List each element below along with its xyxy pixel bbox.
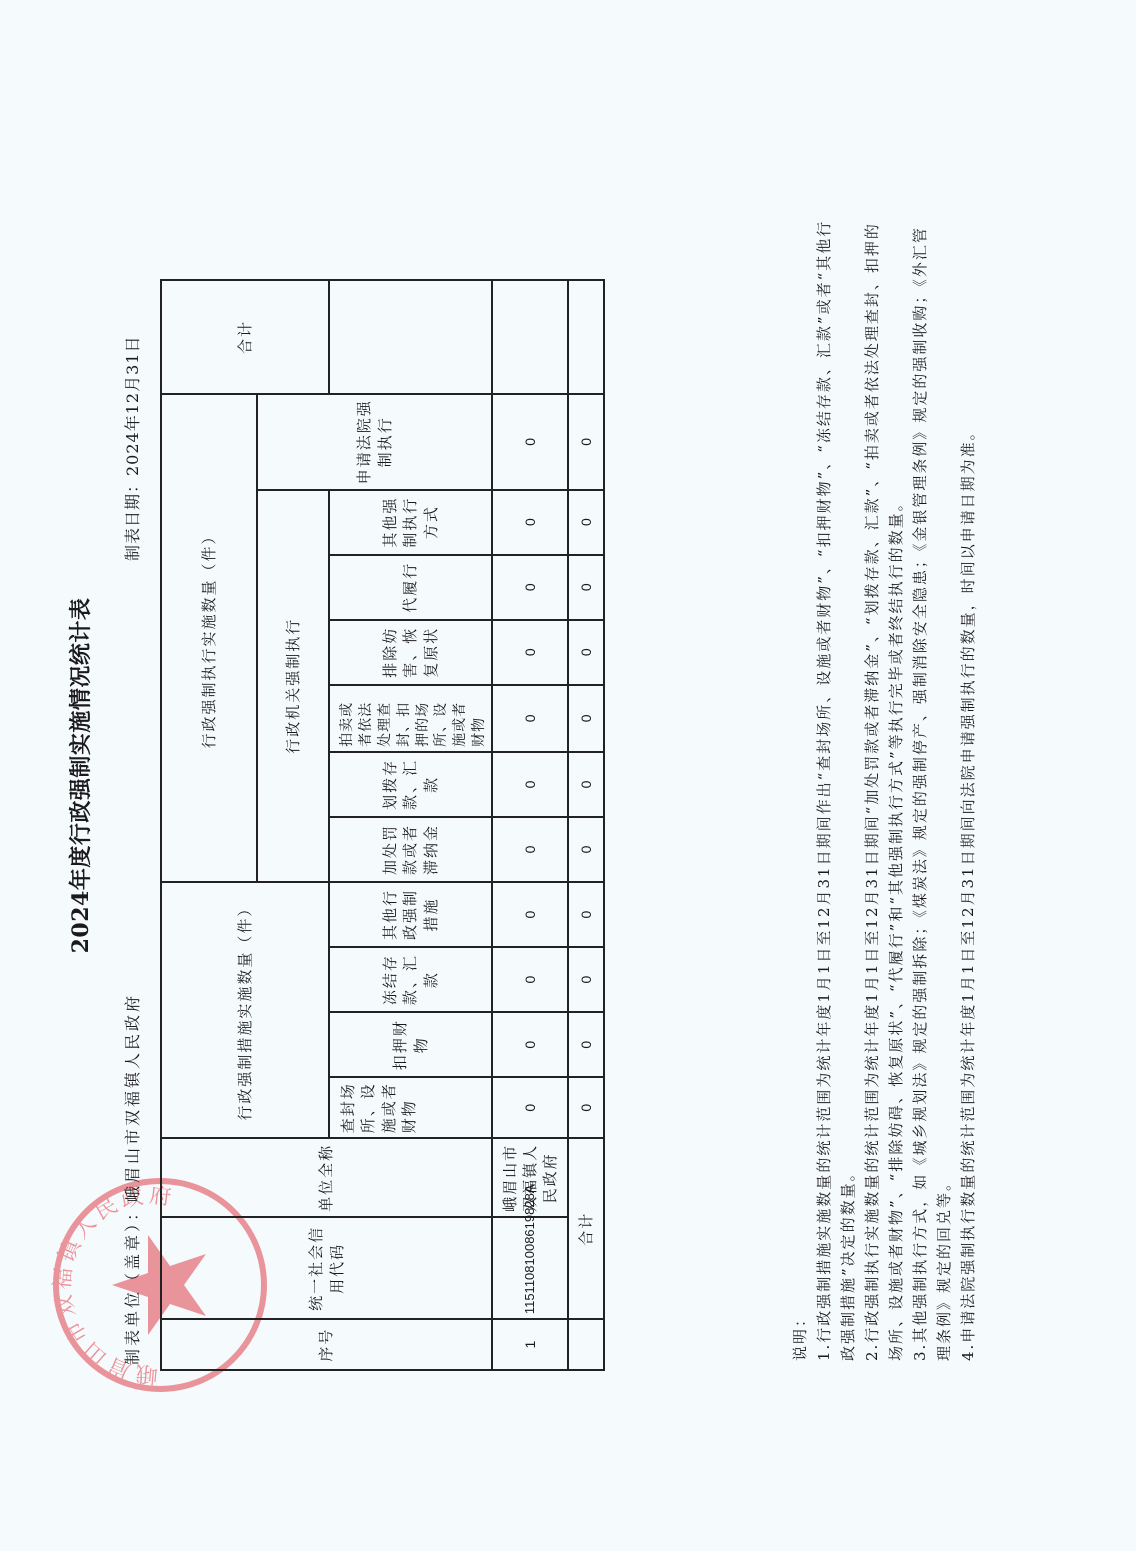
header-blank [329,280,492,394]
reporting-unit: 制表单位（盖章）：峨眉山市双福镇人民政府 [120,993,143,1365]
note-item: 2.行政强制执行实施数量的统计范围为统计年度1月1日至12月31日期间“加处罚款… [860,211,908,1361]
total-value: 0 [568,685,604,752]
row-value: 0 [492,1077,568,1138]
total-value: 0 [568,882,604,947]
total-value: 0 [568,555,604,620]
header-agency-remove: 排除妨害、恢复原状 [329,620,492,685]
row-value: 0 [492,817,568,882]
row-value: 0 [492,685,568,752]
header-agency-auction: 拍卖或者依法处理查封、扣押的场所、设施或者财物 [329,685,492,752]
note-item: 1.行政强制措施实施数量的统计范围为统计年度1月1日至12月31日期间作出“查封… [812,211,860,1361]
row-value: 0 [492,947,568,1012]
row-credit-code: 11511081008619828A [492,1218,568,1320]
total-value: 0 [568,620,604,685]
header-credit-code: 统一社会信用代码 [161,1218,492,1320]
row-value: 0 [492,394,568,490]
row-value: 0 [492,1012,568,1077]
total-value: 0 [568,490,604,555]
header-agency-transfer: 划拨存款、汇款 [329,752,492,817]
total-row-total [568,280,604,394]
header-unit-name: 单位全称 [161,1138,492,1217]
header-measures-group: 行政强制措施实施数量（件） [161,882,329,1138]
total-row-label: 合计 [568,1138,604,1319]
total-value: 0 [568,752,604,817]
row-value: 0 [492,882,568,947]
row-value: 0 [492,620,568,685]
header-agency-execution: 行政机关强制执行 [257,490,329,882]
row-value: 0 [492,555,568,620]
header-measure-seize: 扣押财物 [329,1012,492,1077]
row-unit-name: 峨眉山市双福镇人民政府 [492,1138,568,1217]
report-date: 制表日期：2024年12月31日 [120,336,143,561]
row-value: 0 [492,490,568,555]
document-page: 峨眉山市双福镇人民政府 2024年度行政强制实施情况统计表 制表单位（盖章）：峨… [0,0,1136,1551]
header-court-execution: 申请法院强制执行 [257,394,492,490]
notes-section: 说明： 1.行政强制措施实施数量的统计范围为统计年度1月1日至12月31日期间作… [788,211,980,1361]
total-value: 0 [568,1077,604,1138]
note-item: 4.申请法院强制执行数量的统计范围为统计年度1月1日至12月31日期间向法院申请… [956,211,980,1361]
document-title: 2024年度行政强制实施情况统计表 [64,0,95,1551]
total-row-blank [568,1319,604,1370]
row-total [492,280,568,394]
notes-heading: 说明： [788,211,812,1361]
total-value: 0 [568,1012,604,1077]
header-measure-other: 其他行政强制措施 [329,882,492,947]
header-agency-other: 其他强制执行方式 [329,490,492,555]
header-total: 合计 [161,280,329,394]
header-measure-seal: 查封场所、设施或者财物 [329,1077,492,1138]
total-value: 0 [568,947,604,1012]
table-row: 1 11511081008619828A 峨眉山市双福镇人民政府 0 0 0 0… [492,280,568,1370]
header-agency-substitute: 代履行 [329,555,492,620]
note-item: 3.其他强制执行方式，如《城乡规划法》规定的强制拆除；《煤炭法》规定的强制停产、… [908,211,956,1361]
header-seq: 序号 [161,1319,492,1370]
total-row: 合计 0 0 0 0 0 0 0 0 0 0 0 [568,280,604,1370]
row-seq: 1 [492,1319,568,1370]
header-execution-group: 行政强制执行实施数量（件） [161,394,257,882]
header-agency-fine: 加处罚款或者滞纳金 [329,817,492,882]
total-value: 0 [568,817,604,882]
enforcement-stats-table: 序号 统一社会信用代码 单位全称 行政强制措施实施数量（件） 行政强制执行实施数… [160,279,605,1371]
row-value: 0 [492,752,568,817]
total-value: 0 [568,394,604,490]
header-measure-freeze: 冻结存款、汇款 [329,947,492,1012]
